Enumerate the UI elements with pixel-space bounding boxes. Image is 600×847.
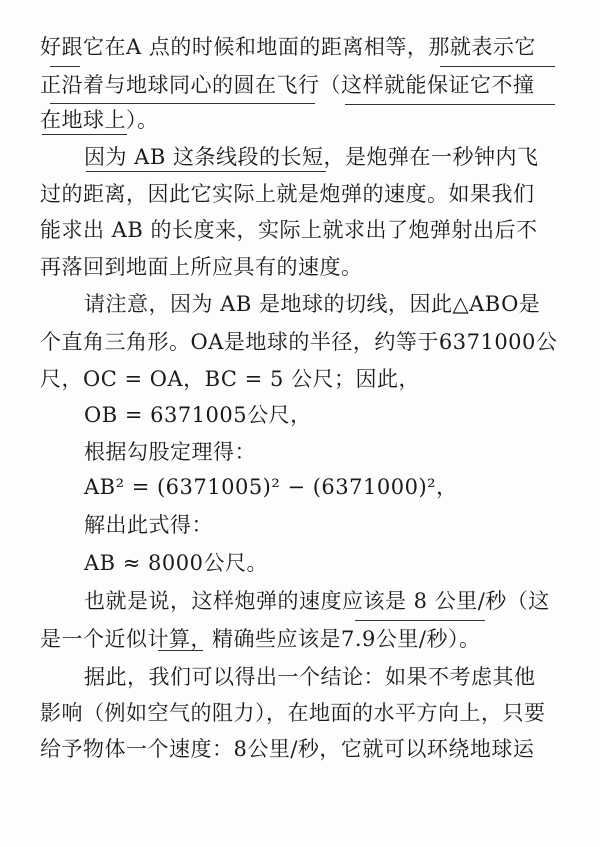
text-line: 正沿着与地球同心的圆在飞行（这样就能保证它不撞: [40, 72, 535, 98]
text-line: 是一个近似计算，精确些应该是7.9公里/秒）。: [40, 626, 480, 652]
text-line: 请注意，因为 AB 是地球的切线，因此△ABO是: [84, 291, 540, 317]
text-line: 也就是说，这样炮弹的速度应该是 8 公里/秒（这: [84, 588, 550, 614]
pencil-underline: [355, 620, 485, 621]
text-line: 尺，OC = OA，BC = 5 公尺；因此，: [40, 366, 420, 392]
math-equation: AB² = (6371005)² − (6371000)²，: [84, 474, 458, 500]
text-line: 解出此式得：: [84, 512, 213, 538]
scanned-book-page: 好跟它在A 点的时候和地面的距离相等，那就表示它 正沿着与地球同心的圆在飞行（这…: [0, 0, 600, 847]
text-line: 能求出 AB 的长度来，实际上就求出了炮弹射出后不: [40, 217, 537, 243]
text-line: 在地球上）。: [40, 107, 159, 133]
text-line: 再落回到地面上所应具有的速度。: [40, 254, 363, 280]
pencil-underline: [50, 66, 80, 67]
text-line: 据此，我们可以得出一个结论：如果不考虑其他: [84, 664, 536, 690]
math-result: AB ≈ 8000公尺。: [84, 550, 268, 576]
pencil-underline: [158, 650, 203, 651]
text-line: OB = 6371005公尺，: [84, 402, 312, 428]
text-line: 给予物体一个速度：8公里/秒，它就可以环绕地球运: [40, 736, 534, 762]
pencil-underline: [86, 171, 326, 172]
text-line: 根据勾股定理得：: [84, 439, 256, 465]
text-line: 因为 AB 这条线段的长短，是炮弹在一秒钟内飞: [84, 144, 538, 170]
pencil-underline: [440, 66, 555, 67]
text-line: 好跟它在A 点的时候和地面的距离相等，那就表示它: [40, 34, 536, 60]
text-line: 个直角三角形。OA是地球的半径，约等于6371000公: [40, 329, 557, 355]
pencil-underline: [42, 134, 127, 135]
text-line: 过的距离，因此它实际上就是炮弹的速度。如果我们: [40, 181, 535, 207]
pencil-underline: [50, 103, 315, 104]
pencil-underline: [345, 104, 555, 105]
text-line: 影响（例如空气的阻力），在地面的水平方向上，只要: [40, 700, 546, 726]
